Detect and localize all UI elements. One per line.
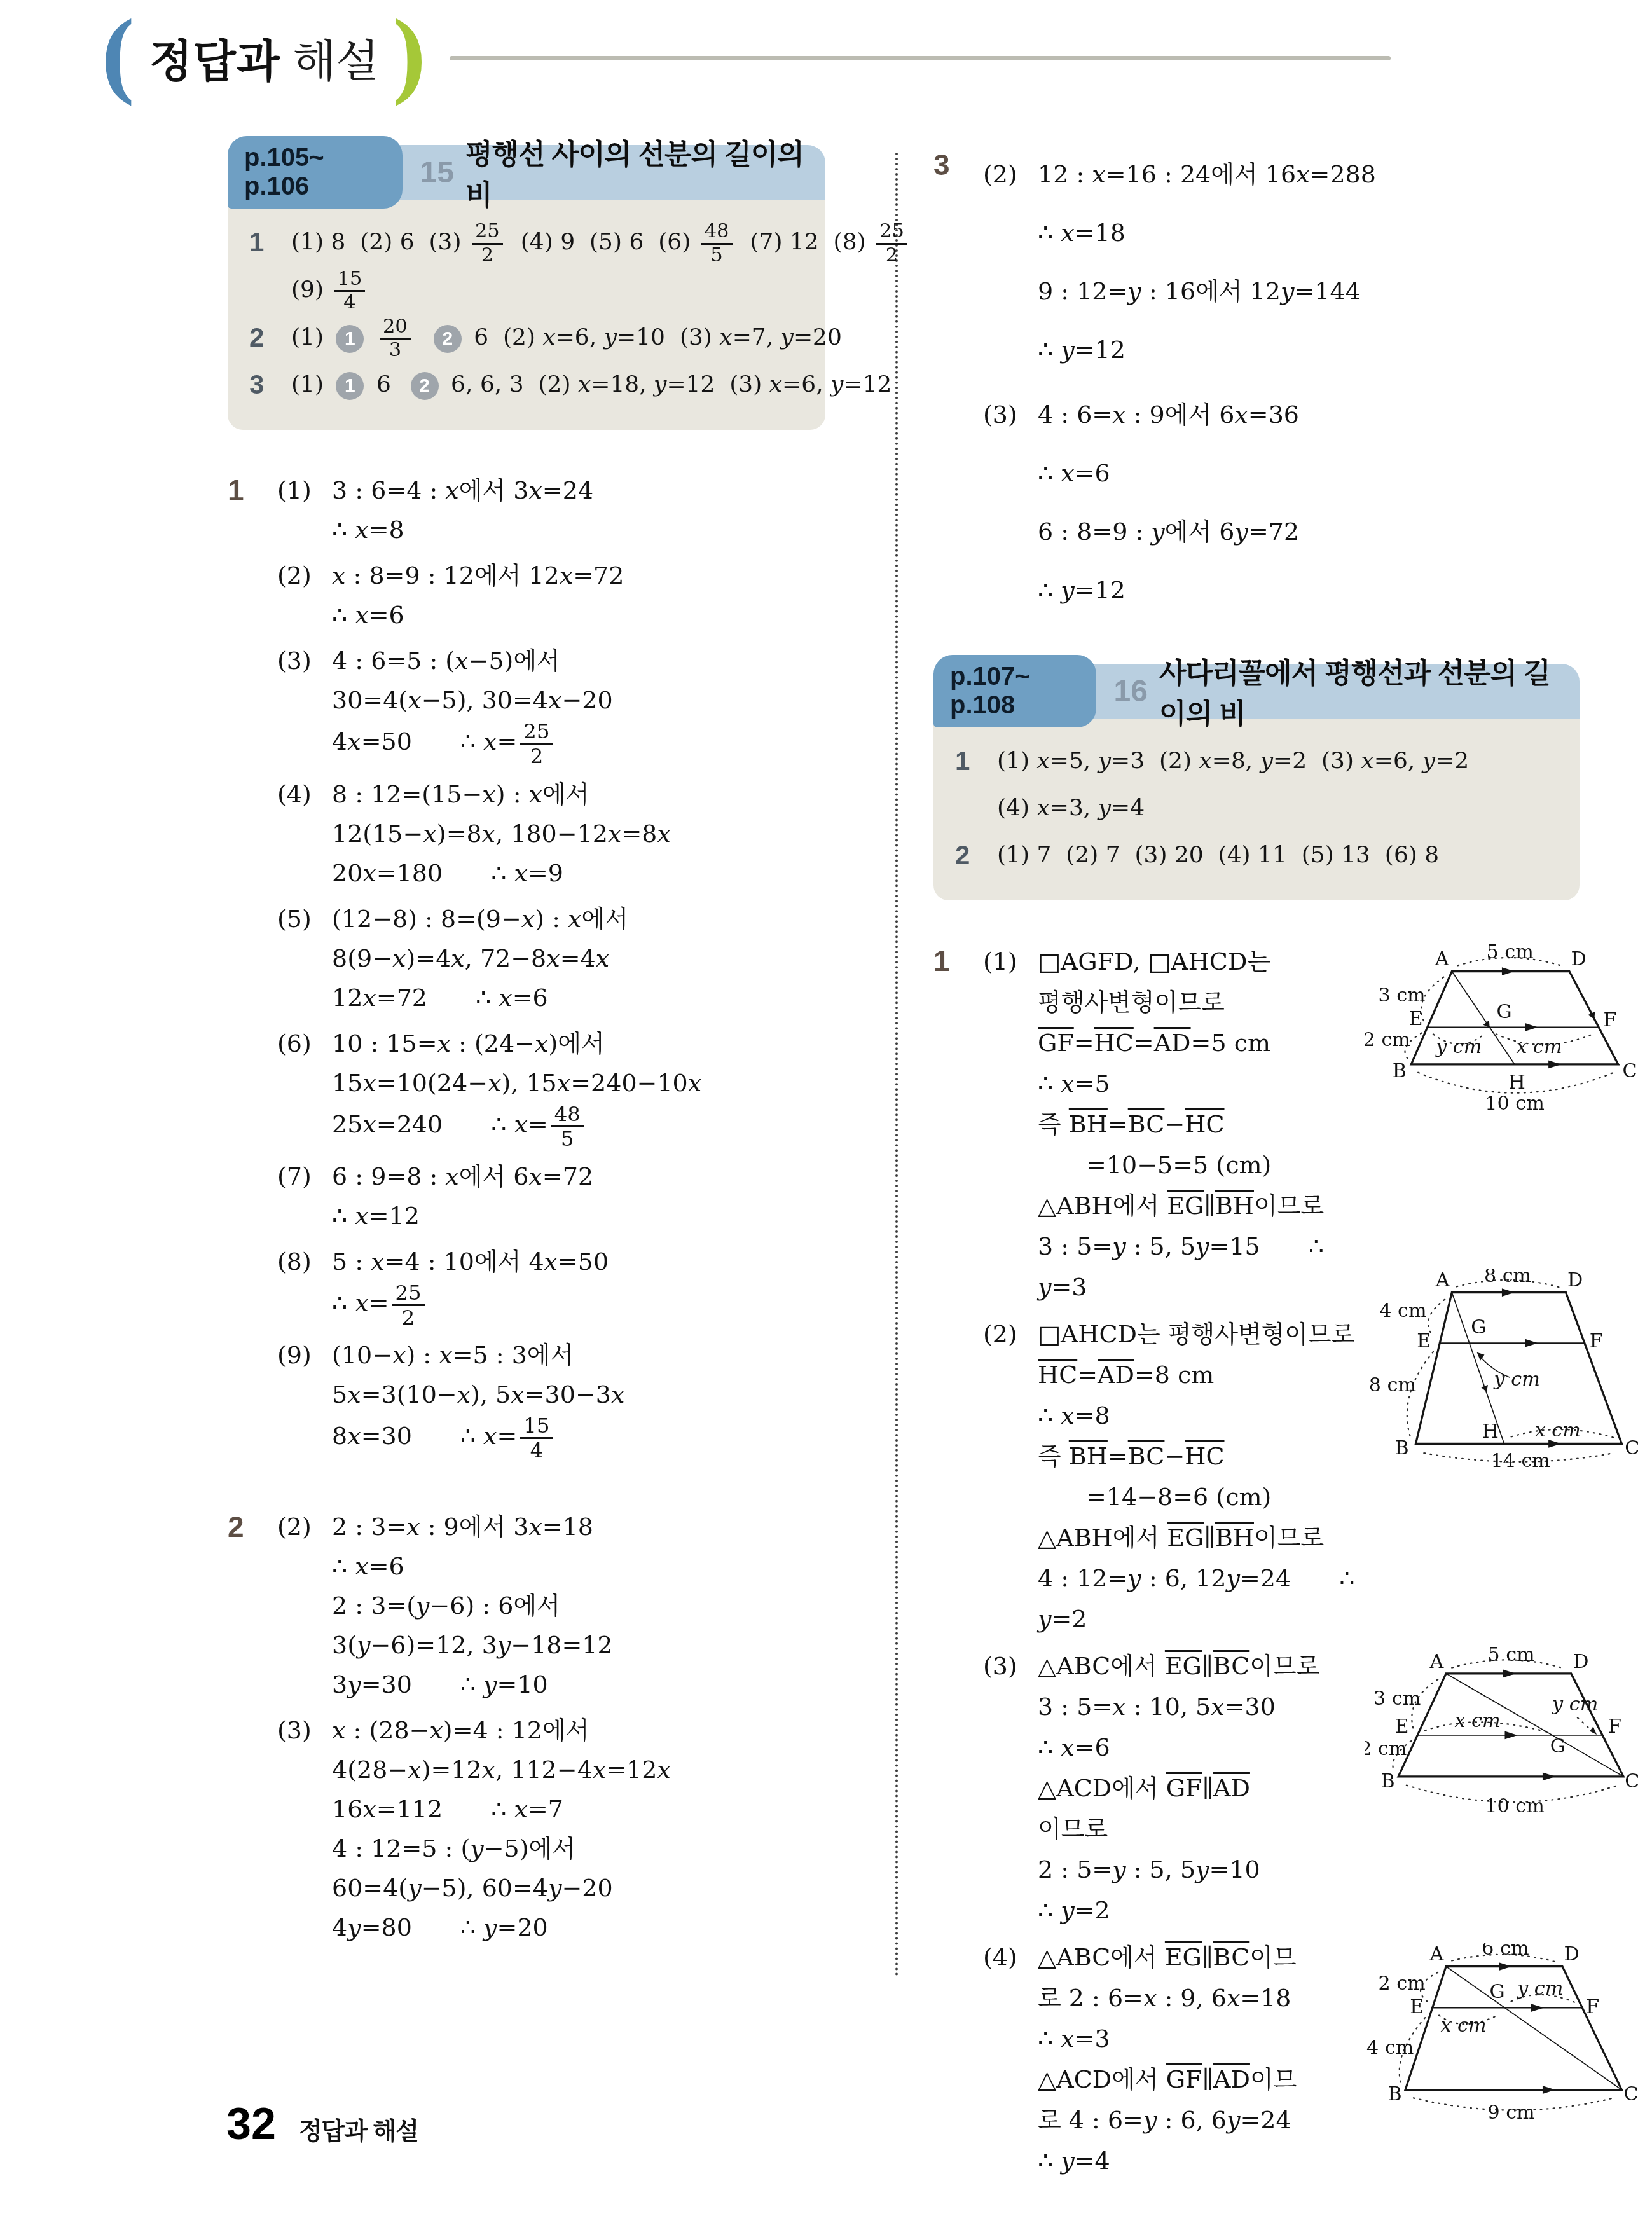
solution-line: =14−8=6 (cm) xyxy=(983,1476,1365,1517)
solution-item: (7)6 : 9=8 : x에서 6x=72∴ x=12 xyxy=(277,1157,825,1235)
solution-line: =10−5=5 (cm) xyxy=(983,1145,1365,1185)
solution-item-4-text: (4)△ABC에서 EG∥BC이므로 2 : 6=x : 9, 6x=18∴ x… xyxy=(983,1937,1365,2187)
solution-block-16-1: 1 (1)□AGFD, □AHCD는평행사변형이므로GF=HC=AD=5 cm∴… xyxy=(933,941,1580,2187)
section-15-number: 15 xyxy=(420,155,454,190)
solution-line: ∴ x=8 xyxy=(277,510,825,549)
right-paren-icon: ) xyxy=(392,23,429,93)
solution-line: (4)8 : 12=(15−x) : x에서 xyxy=(277,774,825,814)
solution-line: ∴ x=12 xyxy=(277,1196,825,1235)
measure-label: 2 cm xyxy=(1365,1029,1410,1051)
vertex-label: B xyxy=(1381,1770,1395,1793)
solution-item: (9)(10−x) : x=5 : 3에서5x=3(10−x), 5x=30−3… xyxy=(277,1335,825,1462)
vertex-label: E xyxy=(1409,1008,1423,1030)
solution-line: (2)□AHCD는 평행사변형이므로 xyxy=(983,1314,1365,1354)
solution-item: (2)12 : x=16 : 24에서 16x=288∴ x=189 : 12=… xyxy=(983,145,1580,379)
solution-line: 8(9−x)=4x, 72−8x=4x xyxy=(277,939,825,978)
solution-item: (1)3 : 6=4 : x에서 3x=24∴ x=8 xyxy=(277,471,825,549)
solution-item: (8)5 : x=4 : 10에서 4x=50∴ x=252 xyxy=(277,1242,825,1329)
solution-item: (2)2 : 3=x : 9에서 3x=18∴ x=62 : 3=(y−6) :… xyxy=(277,1507,825,1704)
solution-item: (3)4 : 6=x : 9에서 6x=36∴ x=66 : 8=9 : y에서… xyxy=(983,385,1580,619)
vertex-label: F xyxy=(1604,1009,1617,1031)
block-number: 2 xyxy=(228,1507,277,1953)
solution-line: 60=4(y−5), 60=4y−20 xyxy=(277,1868,825,1908)
measure-label: y cm xyxy=(1435,1036,1482,1058)
answer-line: (4) x=3, y=4 xyxy=(955,785,1558,832)
vertex-label: F xyxy=(1608,1716,1621,1738)
measure-label: x cm xyxy=(1454,1710,1500,1732)
answer-line: 2(1) 1 203 2 6 (2) x=6, y=10 (3) x=7, y=… xyxy=(249,314,804,362)
solution-block-3: 3(2)12 : x=16 : 24에서 16x=288∴ x=189 : 12… xyxy=(933,145,1580,626)
solution-line: (4)△ABC에서 EG∥BC이므 xyxy=(983,1937,1365,1978)
solution-line: 2 : 3=(y−6) : 6에서 xyxy=(277,1586,825,1625)
measure-label: x cm xyxy=(1440,2014,1486,2037)
solution-line: ∴ y=12 xyxy=(983,561,1580,619)
section-16-answerbox: 1(1) x=5, y=3 (2) x=8, y=2 (3) x=6, y=2(… xyxy=(933,719,1580,900)
vertex-label: E xyxy=(1395,1716,1409,1738)
solution-line: HC=AD=8 cm xyxy=(983,1354,1365,1395)
solution-line: (3)△ABC에서 EG∥BC이므로 xyxy=(983,1646,1365,1686)
solution-line: ∴ y=2 xyxy=(983,1890,1365,1931)
block-number: 1 xyxy=(228,471,277,1468)
vertex-label: C xyxy=(1625,1437,1638,1459)
solution-line: 9 : 12=y : 16에서 12y=144 xyxy=(983,262,1580,320)
answer-line: (9) 154 xyxy=(249,266,804,314)
solution-item: (5)(12−8) : 8=(9−x) : x에서8(9−x)=4x, 72−8… xyxy=(277,899,825,1017)
section-16-header: p.107~ p.108 16 사다리꼴에서 평행선과 선분의 길이의 비 xyxy=(933,664,1580,719)
solution-item-row: (1)□AGFD, □AHCD는평행사변형이므로GF=HC=AD=5 cm∴ x… xyxy=(983,941,1638,1314)
solution-line: △ABH에서 EG∥BH이므로 xyxy=(983,1185,1365,1226)
solution-line: ∴ x=3 xyxy=(983,2018,1365,2059)
solution-item: (6)10 : 15=x : (24−x)에서15x=10(24−x), 15x… xyxy=(277,1024,825,1150)
solution-line: 20x=180 ∴ x=9 xyxy=(277,853,825,893)
vertex-label: A xyxy=(1429,1651,1445,1673)
solution-line: ∴ x=6 xyxy=(983,1727,1365,1768)
solution-line: 30=4(x−5), 30=4x−20 xyxy=(277,680,825,720)
solution-line: 12(15−x)=8x, 180−12x=8x xyxy=(277,814,825,853)
vertex-label: D xyxy=(1571,948,1587,970)
trapezoid-diagram-4: A 6 cm D 2 cm E 4 cm B C 9 cm F G x cm y… xyxy=(1365,1943,1638,2126)
solution-line: (8)5 : x=4 : 10에서 4x=50 xyxy=(277,1242,825,1281)
section-16-pages-badge: p.107~ p.108 xyxy=(933,655,1096,727)
answer-line: 3(1) 1 6 2 6, 6, 3 (2) x=18, y=12 (3) x=… xyxy=(249,361,804,408)
vertex-label: C xyxy=(1623,1060,1637,1082)
solution-line: △ACD에서 GF∥AD xyxy=(983,1768,1365,1808)
solution-line: △ABH에서 EG∥BH이므로 xyxy=(983,1517,1365,1558)
vertex-label: H xyxy=(1509,1071,1525,1094)
solution-line: (6)10 : 15=x : (24−x)에서 xyxy=(277,1024,825,1063)
left-column: p.105~ p.106 15 평행선 사이의 선분의 길이의 비 1(1) 8… xyxy=(228,145,825,1992)
solution-line: (1)3 : 6=4 : x에서 3x=24 xyxy=(277,471,825,510)
solution-line: (3)x : (28−x)=4 : 12에서 xyxy=(277,1710,825,1750)
solution-line: △ACD에서 GF∥AD이므 xyxy=(983,2059,1365,2100)
solution-line: 이므로 xyxy=(983,1808,1365,1849)
solution-item-2-text: (2)□AHCD는 평행사변형이므로HC=AD=8 cm∴ x=8즉 BH=BC… xyxy=(983,1314,1365,1646)
block-number: 3 xyxy=(933,145,983,626)
trapezoid-diagram-2: A 8 cm D 4 cm E 8 cm B H x cm C F G y cm… xyxy=(1365,1269,1638,1473)
solution-line: (2)2 : 3=x : 9에서 3x=18 xyxy=(277,1507,825,1546)
left-paren-icon: ( xyxy=(98,23,135,93)
solution-line: 8x=30 ∴ x=154 xyxy=(277,1414,825,1462)
section-16-number: 16 xyxy=(1114,674,1148,709)
solution-line: 즉 BH=BC−HC xyxy=(983,1104,1365,1145)
solution-line: ∴ x=6 xyxy=(983,444,1580,502)
solution-block-2: 2(2)2 : 3=x : 9에서 3x=18∴ x=62 : 3=(y−6) … xyxy=(228,1507,825,1953)
solution-item-1-text: (1)□AGFD, □AHCD는평행사변형이므로GF=HC=AD=5 cm∴ x… xyxy=(983,941,1365,1314)
decorative-rule xyxy=(450,56,1391,60)
section-16-title: 사다리꼴에서 평행선과 선분의 길이의 비 xyxy=(1159,650,1566,732)
vertex-label: G xyxy=(1550,1735,1566,1758)
solution-line: 3y=30 ∴ y=10 xyxy=(277,1665,825,1704)
solution-line: ∴ x=18 xyxy=(983,203,1580,262)
vertex-label: G xyxy=(1497,1001,1512,1023)
solution-block-1: 1(1)3 : 6=4 : x에서 3x=24∴ x=8(2)x : 8=9 :… xyxy=(228,471,825,1468)
trapezoid-diagram-3: A 5 cm D 3 cm E 2 cm B C 10 cm F G x cm … xyxy=(1365,1646,1638,1820)
section-15-title: 평행선 사이의 선분의 길이의 비 xyxy=(465,132,811,213)
page-footer: 32 정답과 해설 xyxy=(226,2098,418,2149)
measure-label: y cm xyxy=(1493,1368,1540,1391)
brand-header: ( 정답과 해설 ) xyxy=(94,17,1391,99)
solution-line: ∴ x=8 xyxy=(983,1395,1365,1436)
answers-page: ( 정답과 해설 ) p.105~ p.106 15 평행선 사이의 선분의 길… xyxy=(0,0,1652,2230)
measure-label: 8 cm xyxy=(1484,1269,1531,1287)
solution-line: (2)x : 8=9 : 12에서 12x=72 xyxy=(277,556,825,595)
solution-line: 4 : 12=y : 6, 12y=24 ∴ y=2 xyxy=(983,1558,1365,1639)
vertex-label: G xyxy=(1490,1981,1505,2003)
measure-label: 2 cm xyxy=(1365,1738,1407,1760)
solution-line: 로 2 : 6=x : 9, 6x=18 xyxy=(983,1978,1365,2018)
solution-line: 3(y−6)=12, 3y−18=12 xyxy=(277,1625,825,1665)
measure-label: 10 cm xyxy=(1485,1092,1545,1115)
footer-label: 정답과 해설 xyxy=(299,2111,418,2146)
solution-line: 25x=240 ∴ x=485 xyxy=(277,1103,825,1150)
vertex-label: C xyxy=(1623,2083,1638,2105)
solution-line: (3)4 : 6=5 : (x−5)에서 xyxy=(277,641,825,680)
measure-label: x cm xyxy=(1535,1419,1581,1442)
measure-label: 5 cm xyxy=(1487,941,1534,963)
solution-item: (3)x : (28−x)=4 : 12에서4(28−x)=12x, 112−4… xyxy=(277,1710,825,1947)
solution-line: 3 : 5=x : 10, 5x=30 xyxy=(983,1686,1365,1727)
solution-line: 3 : 5=y : 5, 5y=15 ∴ y=3 xyxy=(983,1226,1365,1307)
vertex-label: H xyxy=(1482,1421,1498,1443)
vertex-label: F xyxy=(1590,1330,1603,1352)
solution-line: ∴ y=4 xyxy=(983,2140,1365,2181)
vertex-label: B xyxy=(1393,1060,1407,1082)
solution-line: (1)□AGFD, □AHCD는 xyxy=(983,941,1365,982)
vertex-label: C xyxy=(1625,1770,1638,1793)
solution-line: 4y=80 ∴ y=20 xyxy=(277,1908,825,1947)
solution-line: 5x=3(10−x), 5x=30−3x xyxy=(277,1375,825,1414)
measure-label: y cm xyxy=(1516,1978,1563,2000)
solution-line: (9)(10−x) : x=5 : 3에서 xyxy=(277,1335,825,1375)
solution-item: (3)4 : 6=5 : (x−5)에서30=4(x−5), 30=4x−204… xyxy=(277,641,825,767)
vertex-label: B xyxy=(1394,1437,1408,1459)
page-number: 32 xyxy=(226,2098,276,2149)
solution-item: (4)△ABC에서 EG∥BC이므로 2 : 6=x : 9, 6x=18∴ x… xyxy=(983,1937,1365,2181)
vertex-label: A xyxy=(1435,948,1450,970)
vertex-label: D xyxy=(1567,1269,1583,1291)
measure-label: 3 cm xyxy=(1378,984,1425,1007)
solution-item-row: (4)△ABC에서 EG∥BC이므로 2 : 6=x : 9, 6x=18∴ x… xyxy=(983,1937,1638,2187)
solution-line: ∴ y=12 xyxy=(983,320,1580,379)
section-16: p.107~ p.108 16 사다리꼴에서 평행선과 선분의 길이의 비 1(… xyxy=(933,664,1580,900)
solution-line: 평행사변형이므로 xyxy=(983,982,1365,1022)
solution-line: ∴ x=252 xyxy=(277,1281,825,1329)
measure-label: 4 cm xyxy=(1379,1300,1426,1322)
solution-item: (2)□AHCD는 평행사변형이므로HC=AD=8 cm∴ x=8즉 BH=BC… xyxy=(983,1314,1365,1639)
brand-title-light: 해설 xyxy=(293,26,379,90)
measure-label: y cm xyxy=(1551,1693,1598,1716)
solution-line: 2 : 5=y : 5, 5y=10 xyxy=(983,1849,1365,1890)
solution-line: (5)(12−8) : 8=(9−x) : x에서 xyxy=(277,899,825,939)
answer-line: 1(1) x=5, y=3 (2) x=8, y=2 (3) x=6, y=2 xyxy=(955,738,1558,785)
measure-label: x cm xyxy=(1516,1036,1562,1058)
solution-line: 15x=10(24−x), 15x=240−10x xyxy=(277,1063,825,1103)
solution-line: 로 4 : 6=y : 6, 6y=24 xyxy=(983,2100,1365,2140)
vertex-label: E xyxy=(1410,1996,1424,2018)
right-column: 3(2)12 : x=16 : 24에서 16x=288∴ x=189 : 12… xyxy=(933,145,1580,2226)
solution-item-row: (2)□AHCD는 평행사변형이므로HC=AD=8 cm∴ x=8즉 BH=BC… xyxy=(983,1314,1638,1646)
solution-line: 4x=50 ∴ x=252 xyxy=(277,720,825,767)
answer-line: 2(1) 7 (2) 7 (3) 20 (4) 11 (5) 13 (6) 8 xyxy=(955,832,1558,879)
solution-line: 12x=72 ∴ x=6 xyxy=(277,978,825,1017)
vertex-label: A xyxy=(1429,1943,1445,1965)
section-15-pages-badge: p.105~ p.106 xyxy=(228,136,403,209)
solution-line: ∴ x=5 xyxy=(983,1063,1365,1104)
solution-item: (4)8 : 12=(15−x) : x에서12(15−x)=8x, 180−1… xyxy=(277,774,825,893)
solution-line: 6 : 8=9 : y에서 6y=72 xyxy=(983,502,1580,561)
vertex-label: G xyxy=(1471,1316,1486,1339)
solution-line: (3)4 : 6=x : 9에서 6x=36 xyxy=(983,385,1580,444)
answer-line: 1(1) 8 (2) 6 (3) 252 (4) 9 (5) 6 (6) 485… xyxy=(249,219,804,266)
solution-item: (1)□AGFD, □AHCD는평행사변형이므로GF=HC=AD=5 cm∴ x… xyxy=(983,941,1365,1307)
vertex-label: F xyxy=(1586,1996,1599,2018)
solution-item-row: (3)△ABC에서 EG∥BC이므로3 : 5=x : 10, 5x=30∴ x… xyxy=(983,1646,1638,1937)
solution-line: ∴ x=6 xyxy=(277,1546,825,1586)
measure-label: 5 cm xyxy=(1487,1646,1534,1666)
measure-label: 10 cm xyxy=(1485,1795,1545,1817)
vertex-label: E xyxy=(1417,1330,1431,1352)
solution-line: GF=HC=AD=5 cm xyxy=(983,1022,1365,1063)
solution-line: ∴ x=6 xyxy=(277,595,825,635)
solution-line: (2)12 : x=16 : 24에서 16x=288 xyxy=(983,145,1580,203)
vertex-label: B xyxy=(1387,2083,1401,2105)
measure-label: 3 cm xyxy=(1373,1688,1421,1710)
measure-label: 14 cm xyxy=(1490,1450,1550,1472)
measure-label: 9 cm xyxy=(1487,2102,1534,2124)
solution-item: (2)x : 8=9 : 12에서 12x=72∴ x=6 xyxy=(277,556,825,635)
solution-line: 16x=112 ∴ x=7 xyxy=(277,1789,825,1829)
solution-line: 4(28−x)=12x, 112−4x=12x xyxy=(277,1750,825,1789)
solution-item: (3)△ABC에서 EG∥BC이므로3 : 5=x : 10, 5x=30∴ x… xyxy=(983,1646,1365,1931)
block-number: 1 xyxy=(933,941,983,2187)
measure-label: 4 cm xyxy=(1366,2037,1414,2059)
section-15-answerbox: 1(1) 8 (2) 6 (3) 252 (4) 9 (5) 6 (6) 485… xyxy=(228,200,825,430)
measure-label: 2 cm xyxy=(1378,1972,1425,1995)
solution-line: 즉 BH=BC−HC xyxy=(983,1436,1365,1476)
trapezoid-diagram-1: A D 5 cm 3 cm E 2 cm B H 10 cm C F G y c… xyxy=(1365,941,1638,1115)
solution-line: 4 : 12=5 : (y−5)에서 xyxy=(277,1829,825,1868)
solution-line: (7)6 : 9=8 : x에서 6x=72 xyxy=(277,1157,825,1196)
section-15: p.105~ p.106 15 평행선 사이의 선분의 길이의 비 1(1) 8… xyxy=(228,145,825,430)
measure-label: 8 cm xyxy=(1369,1374,1416,1396)
solution-item-3-text: (3)△ABC에서 EG∥BC이므로3 : 5=x : 10, 5x=30∴ x… xyxy=(983,1646,1365,1937)
vertex-label: A xyxy=(1435,1269,1450,1291)
vertex-label: D xyxy=(1564,1943,1580,1965)
vertex-label: D xyxy=(1573,1651,1588,1673)
measure-label: 6 cm xyxy=(1482,1943,1529,1960)
column-divider xyxy=(895,153,898,1978)
section-15-header: p.105~ p.106 15 평행선 사이의 선분의 길이의 비 xyxy=(228,145,825,200)
brand-title-bold: 정답과 xyxy=(149,26,280,90)
